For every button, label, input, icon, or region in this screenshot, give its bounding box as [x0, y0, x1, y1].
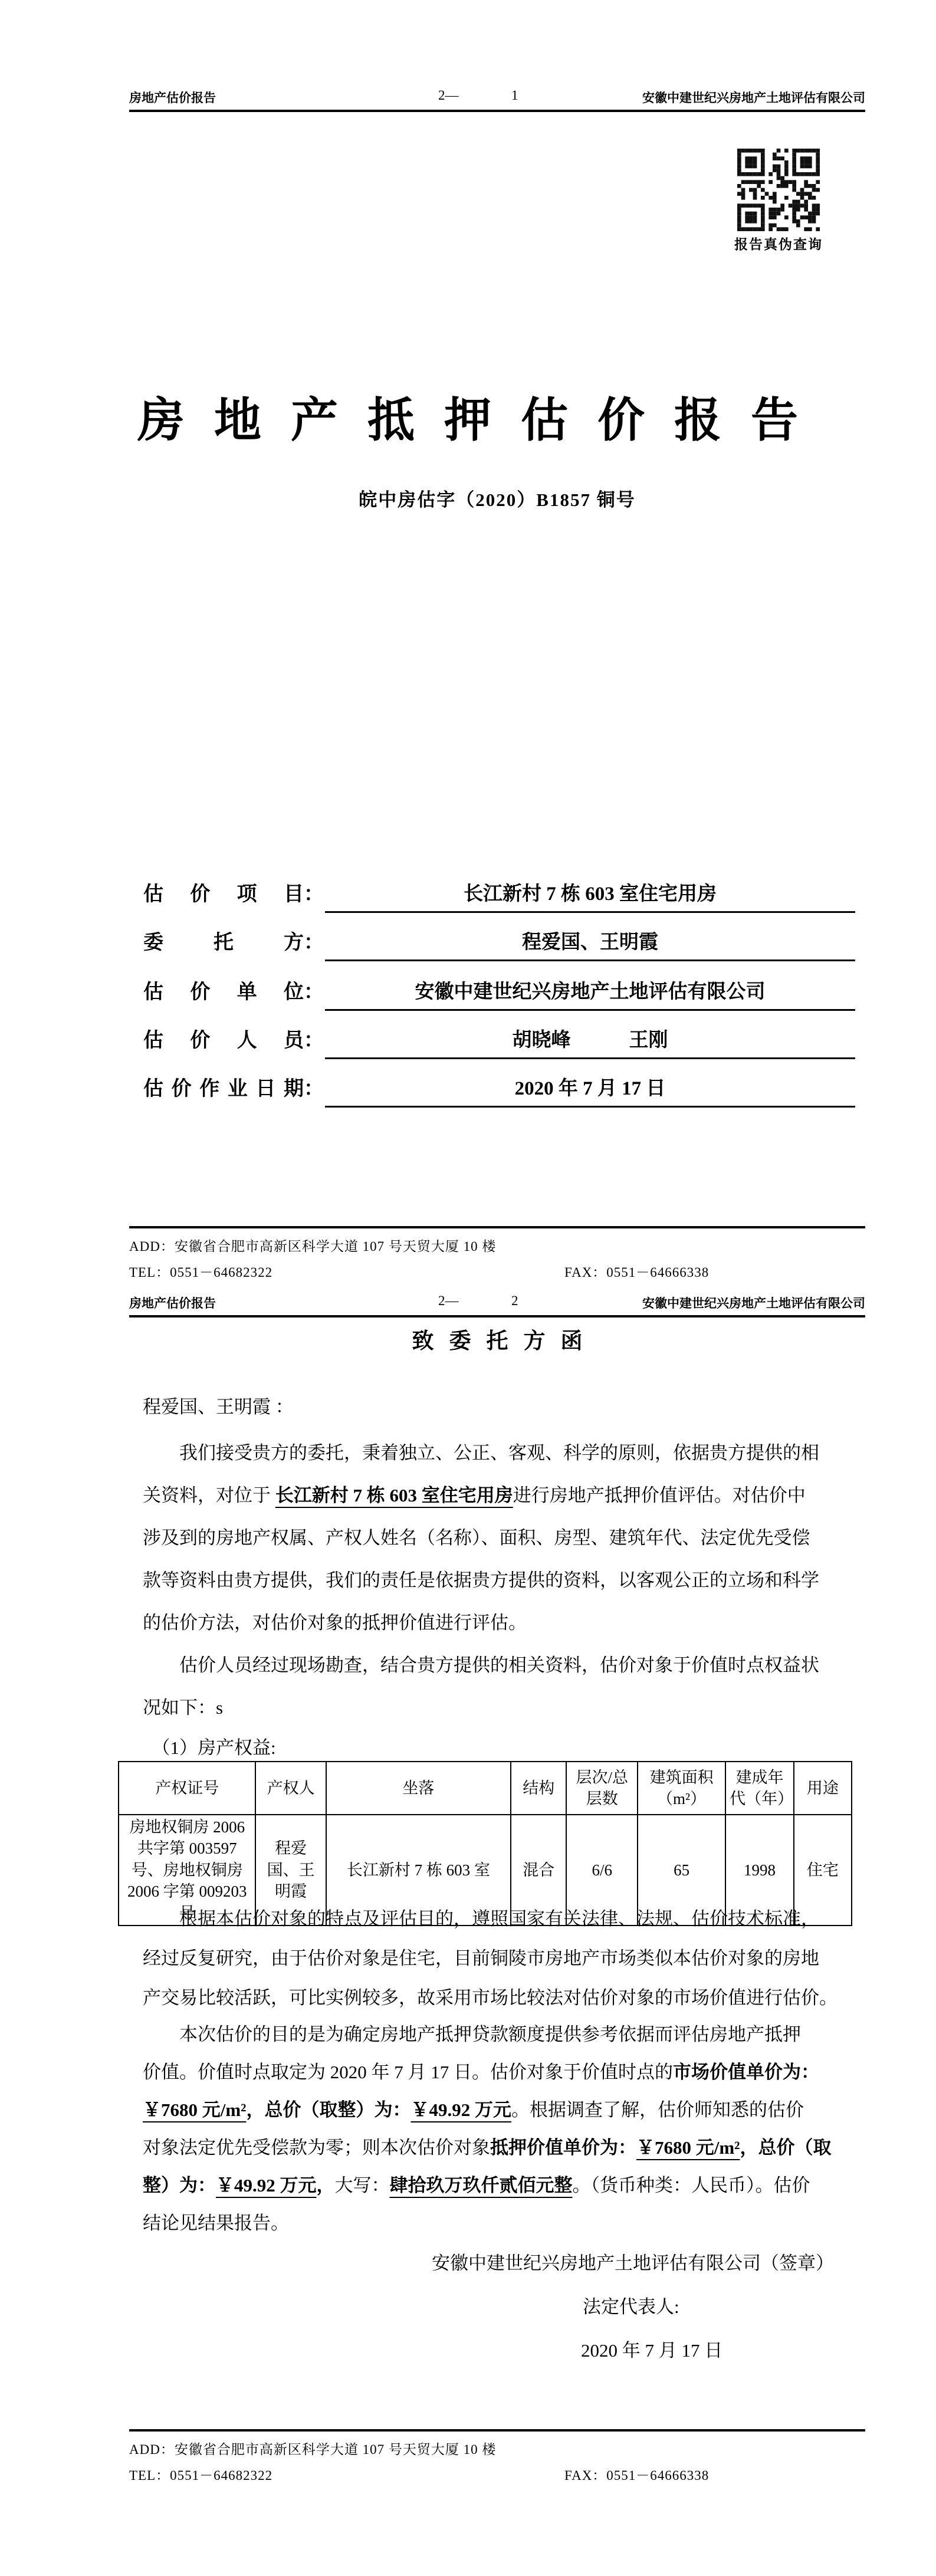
col-structure: 结构 — [511, 1762, 566, 1815]
letter-paragraph-2: 估价人员经过现场勘查，结合贵方提供的相关资料，估价对象于价值时点权益状况如下：s — [143, 1644, 865, 1729]
legal-representative-label: 法定代表人: — [583, 2292, 679, 2318]
report-document: 房地产估价报告 2— 1 安徽中建世纪兴房地产土地评估有限公司 .runhead… — [0, 0, 936, 2576]
field-colon: ： — [304, 929, 325, 957]
letter-paragraph-1: 我们接受贵方的委托，秉着独立、公正、客观、科学的原则，依据贵方提供的相关资料，对… — [143, 1432, 865, 1644]
field-agency: 估价单位：安徽中建世纪兴房地产土地评估有限公司 — [143, 979, 855, 1011]
qr-code — [737, 149, 820, 231]
field-colon: ： — [304, 1027, 325, 1054]
field-colon: ： — [304, 979, 325, 1006]
field-label: 委托方 — [143, 929, 304, 957]
page1-footer-rule — [129, 1226, 865, 1228]
field-label: 估价单位 — [143, 979, 304, 1006]
text-line: 的估价方法，对估价对象的抵押价值进行评估。 — [143, 1602, 865, 1644]
running-doc-label: 房地产估价报告 — [129, 1294, 216, 1312]
text-line: ￥7680 元/m²，总价（取整）为：￥49.92 万元。根据调查了解，估价师知… — [143, 2091, 865, 2129]
text-line: 对象法定优先受偿款为零；则本次估价对象抵押价值单价为：￥7680 元/m²，总价… — [143, 2129, 865, 2167]
text-line: 经过反复研究，由于估价对象是住宅，目前铜陵市房地产市场类似本估价对象的房地 — [143, 1938, 865, 1978]
field-client: 委托方：程爱国、王明霞 — [143, 929, 855, 961]
letter-title: 致委托方函 — [129, 1323, 865, 1355]
signature-company: 安徽中建世纪兴房地产土地评估有限公司（签章） — [143, 2248, 834, 2275]
field-colon: ： — [304, 1076, 325, 1103]
field-value: 长江新村 7 栋 603 室住宅用房 — [325, 881, 855, 913]
footer-tel: TEL：0551－64682322 — [129, 2468, 272, 2483]
text-line: 价值。价值时点取定为 2020 年 7 月 17 日。估价对象于价值时点的市场价… — [143, 2053, 865, 2091]
letter-paragraph-4: 本次估价的目的是为确定房地产抵押贷款额度提供参考依据而评估房地产抵押价值。价值时… — [143, 2016, 865, 2242]
report-doc-number: 皖中房估字（2020）B1857 铜号 — [129, 485, 865, 511]
text-line: 涉及到的房地产权属、产权人姓名（名称）、面积、房型、建筑年代、法定优先受偿 — [143, 1517, 865, 1559]
page1-running-header: 房地产估价报告 2— 1 安徽中建世纪兴房地产土地评估有限公司 — [129, 86, 865, 112]
text-line: 关资料，对位于 长江新村 7 栋 603 室住宅用房进行房地产抵押价值评估。对估… — [143, 1474, 865, 1517]
running-company-name: 安徽中建世纪兴房地产土地评估有限公司 — [642, 1294, 865, 1312]
letter-paragraph-3: 根据本估价对象的特点及评估目的，遵照国家有关法律、法规、估价技术标准，经过反复研… — [143, 1899, 865, 2018]
text-line: 根据本估价对象的特点及评估目的，遵照国家有关法律、法规、估价技术标准， — [143, 1899, 865, 1938]
text-line: 估价人员经过现场勘查，结合贵方提供的相关资料，估价对象于价值时点权益状 — [143, 1644, 865, 1687]
field-value: 程爱国、王明霞 — [325, 929, 855, 961]
text-line: 款等资料由贵方提供，我们的责任是依据贵方提供的资料，以客观公正的立场和科学 — [143, 1559, 865, 1602]
col-area: 建筑面积（m²） — [638, 1762, 725, 1815]
footer-fax: FAX：0551－64666338 — [564, 1261, 709, 1281]
table-header-row: 产权证号 产权人 坐落 结构 层次/总层数 建筑面积（m²） 建成年代（年） 用… — [119, 1762, 852, 1815]
col-use: 用途 — [794, 1762, 852, 1815]
footer-contacts: TEL：0551－64682322 FAX：0551－64666338 — [129, 2465, 865, 2484]
footer-tel: TEL：0551－64682322 — [129, 1265, 272, 1280]
page-number: 2 — [511, 1293, 518, 1309]
field-work-date: 估价作业日期：2020 年 7 月 17 日 — [143, 1076, 855, 1108]
running-company-name: 安徽中建世纪兴房地产土地评估有限公司 — [642, 88, 865, 106]
col-year: 建成年代（年） — [725, 1762, 794, 1815]
field-value: 安徽中建世纪兴房地产土地评估有限公司 — [325, 979, 855, 1011]
page2-footer-rule — [129, 2429, 865, 2432]
text-line: 产交易比较活跃，可比实例较多，故采用市场比较法对估价对象的市场价值进行估价。 — [143, 1978, 865, 2018]
footer-fax: FAX：0551－64666338 — [564, 2465, 709, 2484]
field-label: 估价项目 — [143, 881, 304, 908]
footer-address: ADD：安徽省合肥市高新区科学大道 107 号天贸大厦 10 楼 — [129, 1236, 865, 1255]
field-label: 估价作业日期 — [143, 1076, 304, 1103]
footer-address: ADD：安徽省合肥市高新区科学大道 107 号天贸大厦 10 楼 — [129, 2439, 865, 2458]
field-value: 2020 年 7 月 17 日 — [325, 1076, 855, 1108]
field-project: 估价项目：长江新村 7 栋 603 室住宅用房 — [143, 881, 855, 913]
field-appraisers: 估价人员：胡晓峰 王刚 — [143, 1027, 855, 1059]
footer-contacts: TEL：0551－64682322 FAX：0551－64666338 — [129, 1261, 865, 1281]
letter-salutation: 程爱国、王明霞 ： — [143, 1392, 865, 1418]
field-value: 胡晓峰 王刚 — [325, 1027, 855, 1059]
running-doc-label: 房地产估价报告 — [129, 88, 216, 106]
page-number: 1 — [511, 88, 518, 103]
col-floor: 层次/总层数 — [566, 1762, 638, 1815]
text-line: 况如下：s — [143, 1687, 865, 1729]
field-label: 估价人员 — [143, 1027, 304, 1054]
col-cert-no: 产权证号 — [119, 1762, 255, 1815]
page-number-prefix: 2— — [438, 1293, 459, 1309]
col-owner: 产权人 — [255, 1762, 326, 1815]
page-number-prefix: 2— — [438, 88, 459, 103]
page2-running-header: 房地产估价报告 2— 2 安徽中建世纪兴房地产土地评估有限公司 — [129, 1292, 865, 1317]
qr-code-image — [737, 149, 820, 231]
report-title: 房地产抵押估价报告 — [100, 382, 836, 450]
text-line: 本次估价的目的是为确定房地产抵押贷款额度提供参考依据而评估房地产抵押 — [143, 2016, 865, 2053]
field-colon: ： — [304, 881, 325, 908]
text-line: 整）为：￥49.92 万元，大写：肆拾玖万玖仟贰佰元整。（货币种类：人民币）。估… — [143, 2167, 865, 2204]
signature-date: 2020 年 7 月 17 日 — [581, 2335, 722, 2362]
text-line: 我们接受贵方的委托，秉着独立、公正、客观、科学的原则，依据贵方提供的相 — [143, 1432, 865, 1474]
col-location: 坐落 — [326, 1762, 511, 1815]
qr-caption: 报告真伪查询 — [721, 234, 836, 253]
text-line: 结论见结果报告。 — [143, 2204, 865, 2242]
